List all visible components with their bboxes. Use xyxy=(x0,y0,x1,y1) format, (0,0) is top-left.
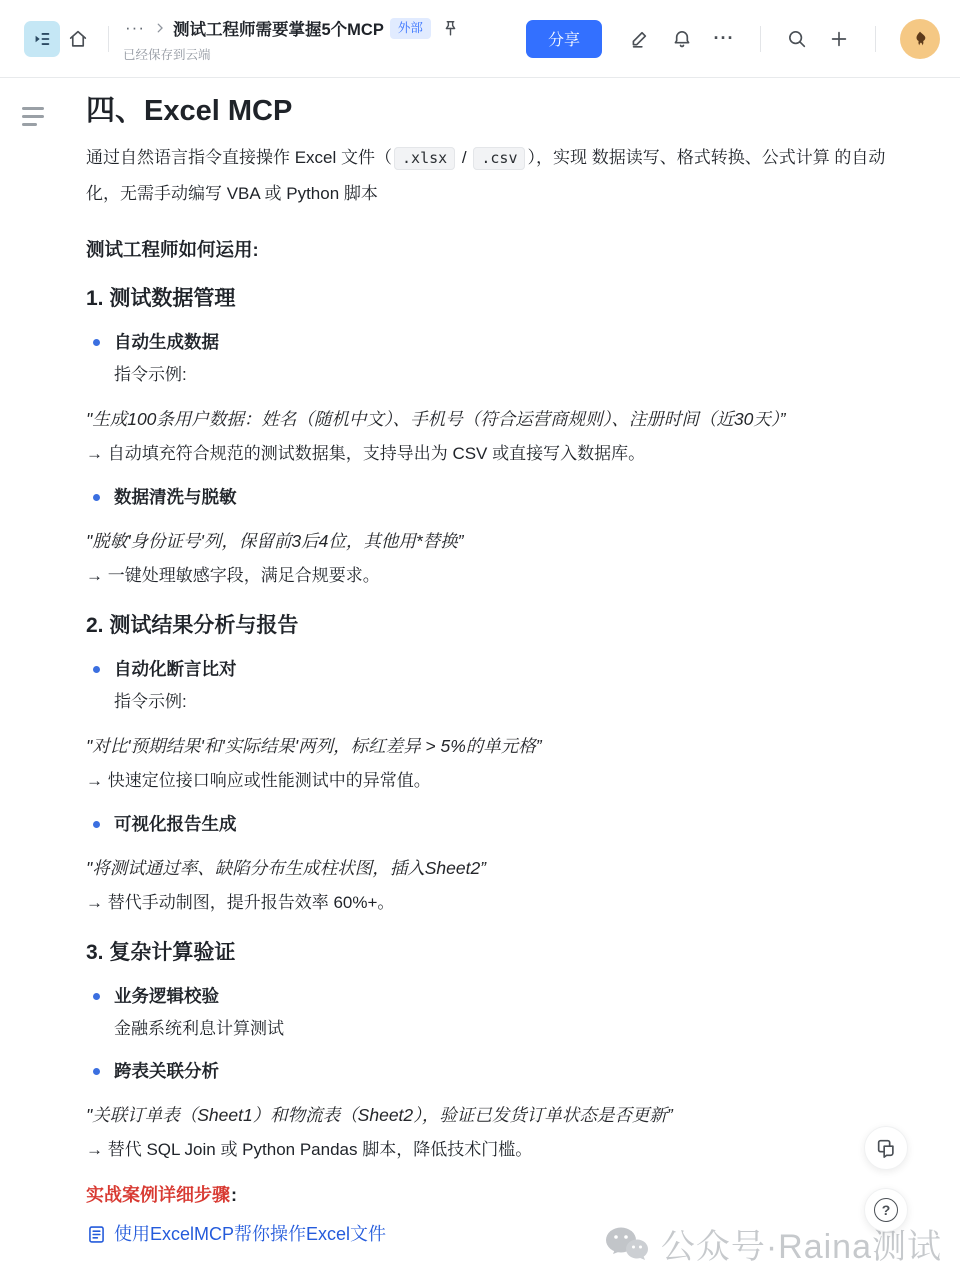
result-line: → 快速定位接口响应或性能测试中的异常值。 xyxy=(86,766,902,795)
sidebar-toggle-icon xyxy=(31,28,53,50)
bullet-subtext: 指令示例: xyxy=(114,689,237,715)
result-line: → 替代 SQL Join 或 Python Pandas 脚本，降低技术门槛。 xyxy=(86,1135,902,1164)
subsection-heading-2: 2. 测试结果分析与报告 xyxy=(86,612,902,640)
doc-link-icon xyxy=(86,1224,107,1245)
intro-paragraph: 通过自然语言指令直接操作 Excel 文件（.xlsx / .csv），实现 数… xyxy=(86,140,902,211)
list-item: 数据清洗与脱敏 xyxy=(86,484,902,510)
squirrel-icon xyxy=(909,28,931,50)
example-quote: "对比'预期结果'和'实际结果'两列，标红差异 > 5%的单元格” xyxy=(86,729,902,763)
more-button[interactable]: ··· xyxy=(706,21,742,57)
doc-link-label: 使用ExcelMCP帮你操作Excel文件 xyxy=(114,1221,386,1247)
top-bar: ··· 测试工程师需要掌握5个MCP 外部 已经保存到云端 分享 xyxy=(0,0,960,78)
pin-button[interactable] xyxy=(437,14,465,42)
more-icon: ··· xyxy=(714,28,735,49)
divider xyxy=(875,26,876,52)
list-item: 自动化断言比对 指令示例: xyxy=(86,656,902,715)
bullet-dot-icon xyxy=(93,339,100,346)
external-badge: 外部 xyxy=(390,18,431,39)
example-quote: "关联订单表（Sheet1）和物流表（Sheet2），验证已发货订单状态是否更新… xyxy=(86,1098,902,1132)
chevron-right-icon xyxy=(153,21,167,35)
bullet-title: 业务逻辑校验 xyxy=(114,983,284,1009)
bullet-title: 自动化断言比对 xyxy=(114,656,237,682)
usage-title: 测试工程师如何运用: xyxy=(86,237,902,263)
list-item: 业务逻辑校验 金融系统利息计算测试 xyxy=(86,983,902,1042)
document-body: 四、Excel MCP 通过自然语言指令直接操作 Excel 文件（.xlsx … xyxy=(0,78,960,1247)
help-fab-button[interactable]: ? xyxy=(864,1188,908,1232)
bullet-subtext: 指令示例: xyxy=(114,362,219,388)
result-line: → 一键处理敏感字段，满足合规要求。 xyxy=(86,561,902,590)
list-item: 自动生成数据 指令示例: xyxy=(86,329,902,388)
bullet-title: 跨表关联分析 xyxy=(114,1058,219,1084)
subsection-heading-1: 1. 测试数据管理 xyxy=(86,285,902,313)
topbar-actions: 分享 ··· xyxy=(526,19,940,59)
bullet-title: 自动生成数据 xyxy=(114,329,219,355)
result-line: → 替代手动制图，提升报告效率 60%+。 xyxy=(86,888,902,917)
section-heading: 四、Excel MCP xyxy=(86,92,902,130)
example-quote: "脱敏'身份证号'列，保留前3后4位，其他用*替换” xyxy=(86,524,902,558)
breadcrumb-more-button[interactable]: ··· xyxy=(123,18,147,38)
doc-link[interactable]: 使用ExcelMCP帮你操作Excel文件 xyxy=(86,1221,386,1247)
pin-icon xyxy=(441,19,460,38)
example-quote: "生成100条用户数据：姓名（随机中文）、手机号（符合运营商规则）、注册时间（近… xyxy=(86,402,902,436)
plus-icon xyxy=(828,28,850,50)
new-document-button[interactable] xyxy=(821,21,857,57)
code-chip-xlsx: .xlsx xyxy=(394,147,455,170)
help-icon: ? xyxy=(874,1198,898,1222)
bullet-dot-icon xyxy=(93,494,100,501)
document-page: ··· 测试工程师需要掌握5个MCP 外部 已经保存到云端 分享 xyxy=(0,0,960,1280)
breadcrumb: ··· 测试工程师需要掌握5个MCP 外部 已经保存到云端 xyxy=(123,14,465,63)
notes-fab-button[interactable] xyxy=(864,1126,908,1170)
cta-title: 实战案例详细步骤: xyxy=(86,1182,902,1208)
home-button[interactable] xyxy=(60,21,96,57)
list-item: 可视化报告生成 xyxy=(86,811,902,837)
bullet-dot-icon xyxy=(93,821,100,828)
sidebar-toggle-button[interactable] xyxy=(24,21,60,57)
bullet-dot-icon xyxy=(93,993,100,1000)
result-line: → 自动填充符合规范的测试数据集，支持导出为 CSV 或直接写入数据库。 xyxy=(86,439,902,468)
search-icon xyxy=(786,28,808,50)
outline-icon[interactable] xyxy=(20,103,52,133)
code-chip-csv: .csv xyxy=(473,147,525,170)
divider xyxy=(108,26,109,52)
list-item: 跨表关联分析 xyxy=(86,1058,902,1084)
subsection-heading-3: 3. 复杂计算验证 xyxy=(86,939,902,967)
search-button[interactable] xyxy=(779,21,815,57)
bullet-subtext: 金融系统利息计算测试 xyxy=(114,1016,284,1042)
edit-button[interactable] xyxy=(622,21,658,57)
page-title: 测试工程师需要掌握5个MCP xyxy=(173,16,384,40)
note-icon xyxy=(875,1137,897,1159)
edit-icon xyxy=(629,28,651,50)
example-quote: "将测试通过率、缺陷分布生成柱状图，插入Sheet2” xyxy=(86,851,902,885)
avatar[interactable] xyxy=(900,19,940,59)
bullet-title: 可视化报告生成 xyxy=(114,811,237,837)
notifications-button[interactable] xyxy=(664,21,700,57)
home-icon xyxy=(67,28,89,50)
divider xyxy=(760,26,761,52)
share-button[interactable]: 分享 xyxy=(526,20,602,58)
bullet-dot-icon xyxy=(93,666,100,673)
bullet-title: 数据清洗与脱敏 xyxy=(114,484,237,510)
bullet-dot-icon xyxy=(93,1068,100,1075)
save-status: 已经保存到云端 xyxy=(123,45,465,63)
bell-icon xyxy=(671,28,693,50)
